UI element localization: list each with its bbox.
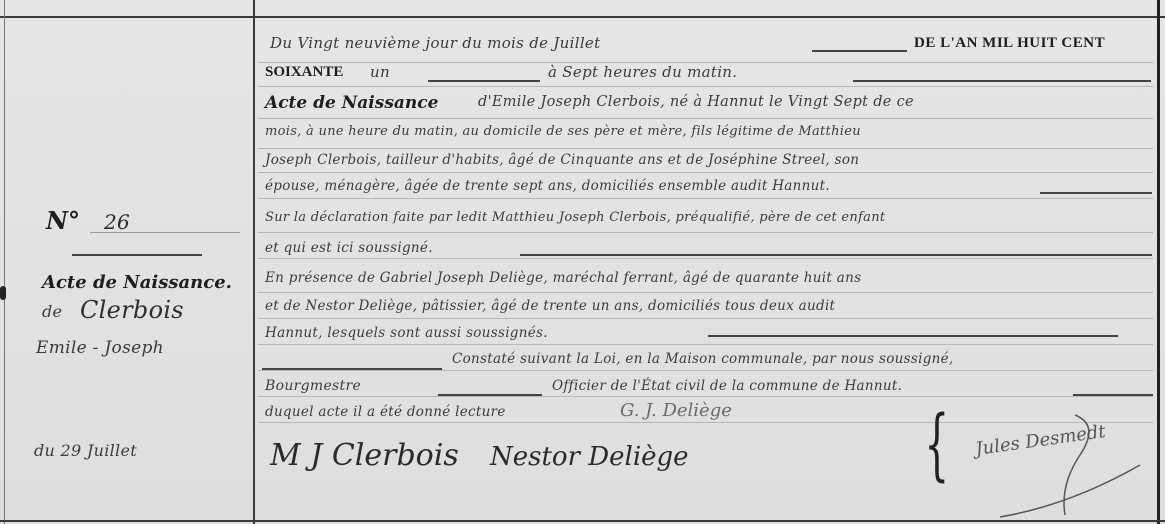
margin-de: de [42,302,62,321]
margin-divider-line [253,0,255,524]
fill-line [1040,192,1152,194]
line-10-handwritten: et de Nestor Deliège, pâtissier, âgé de … [265,298,835,314]
line-9-handwritten: En présence de Gabriel Joseph Deliège, m… [265,270,861,286]
number-underline [90,232,240,233]
line-3-handwritten: d'Emile Joseph Clerbois, né à Hannut le … [478,94,914,110]
ruled-line [258,148,1153,149]
ruled-line [258,292,1153,293]
line-4-handwritten: mois, à une heure du matin, au domicile … [265,124,861,139]
ruled-line [258,258,1153,259]
line-5-handwritten: Joseph Clerbois, tailleur d'habits, âgé … [265,152,859,168]
margin-title: Acte de Naissance. [42,272,232,293]
signature-flourish [990,405,1160,524]
margin-separator [72,254,202,256]
fill-line [1073,394,1153,396]
ruled-line [258,172,1153,173]
line-8-handwritten: et qui est ici soussigné. [265,240,433,256]
line-11-handwritten: Hannut, lesquels sont aussi soussignés. [265,325,548,341]
margin-surname: Clerbois [80,296,184,324]
signature-witness-1: G. J. Deliège [620,400,732,421]
register-page: N° 26 Acte de Naissance. de Clerbois Emi… [0,0,1165,524]
binding-mark [0,286,6,300]
ruled-line [258,396,1153,397]
ruled-line [258,318,1153,319]
top-border-line [0,16,1165,18]
ruled-line [258,198,1153,199]
fill-line [853,80,1151,82]
ruled-line [258,118,1153,119]
fill-line [520,254,1152,256]
entry-number-value: 26 [104,210,130,234]
line-3-printed-title: Acte de Naissance [265,93,438,113]
signature-witness-2: Nestor Deliège [490,442,689,472]
line-13-title: Bourgmestre [265,378,361,394]
line-1-printed: DE L'AN MIL HUIT CENT [914,35,1105,52]
ruled-line [258,232,1153,233]
line-6-handwritten: épouse, ménagère, âgée de trente sept an… [265,178,830,194]
line-2-year: un [370,63,390,81]
line-13-handwritten: Officier de l'État civil de la commune d… [552,378,902,394]
fill-line [262,368,442,370]
fill-line [708,335,1118,337]
fill-line [428,80,540,82]
left-edge-line [4,0,5,524]
margin-given-names: Emile - Joseph [36,338,164,358]
line-1-handwritten: Du Vingt neuvième jour du mois de Juille… [270,34,600,52]
ruled-line [258,86,1153,87]
line-2-printed: SOIXANTE [265,64,343,81]
line-14-handwritten: duquel acte il a été donné lecture [265,404,506,420]
fill-line [438,394,542,396]
signature-father: M J Clerbois [270,438,459,473]
entry-number-label: N° [46,206,80,235]
fill-line [812,50,907,52]
line-12-handwritten: Constaté suivant la Loi, en la Maison co… [452,351,954,367]
line-7-handwritten: Sur la déclaration faite par ledit Matth… [265,210,885,225]
brace-mark: { [924,400,949,490]
ruled-line [258,344,1153,345]
ruled-line [258,370,1153,371]
line-2-time: à Sept heures du matin. [548,63,737,81]
margin-date: du 29 Juillet [34,441,137,460]
